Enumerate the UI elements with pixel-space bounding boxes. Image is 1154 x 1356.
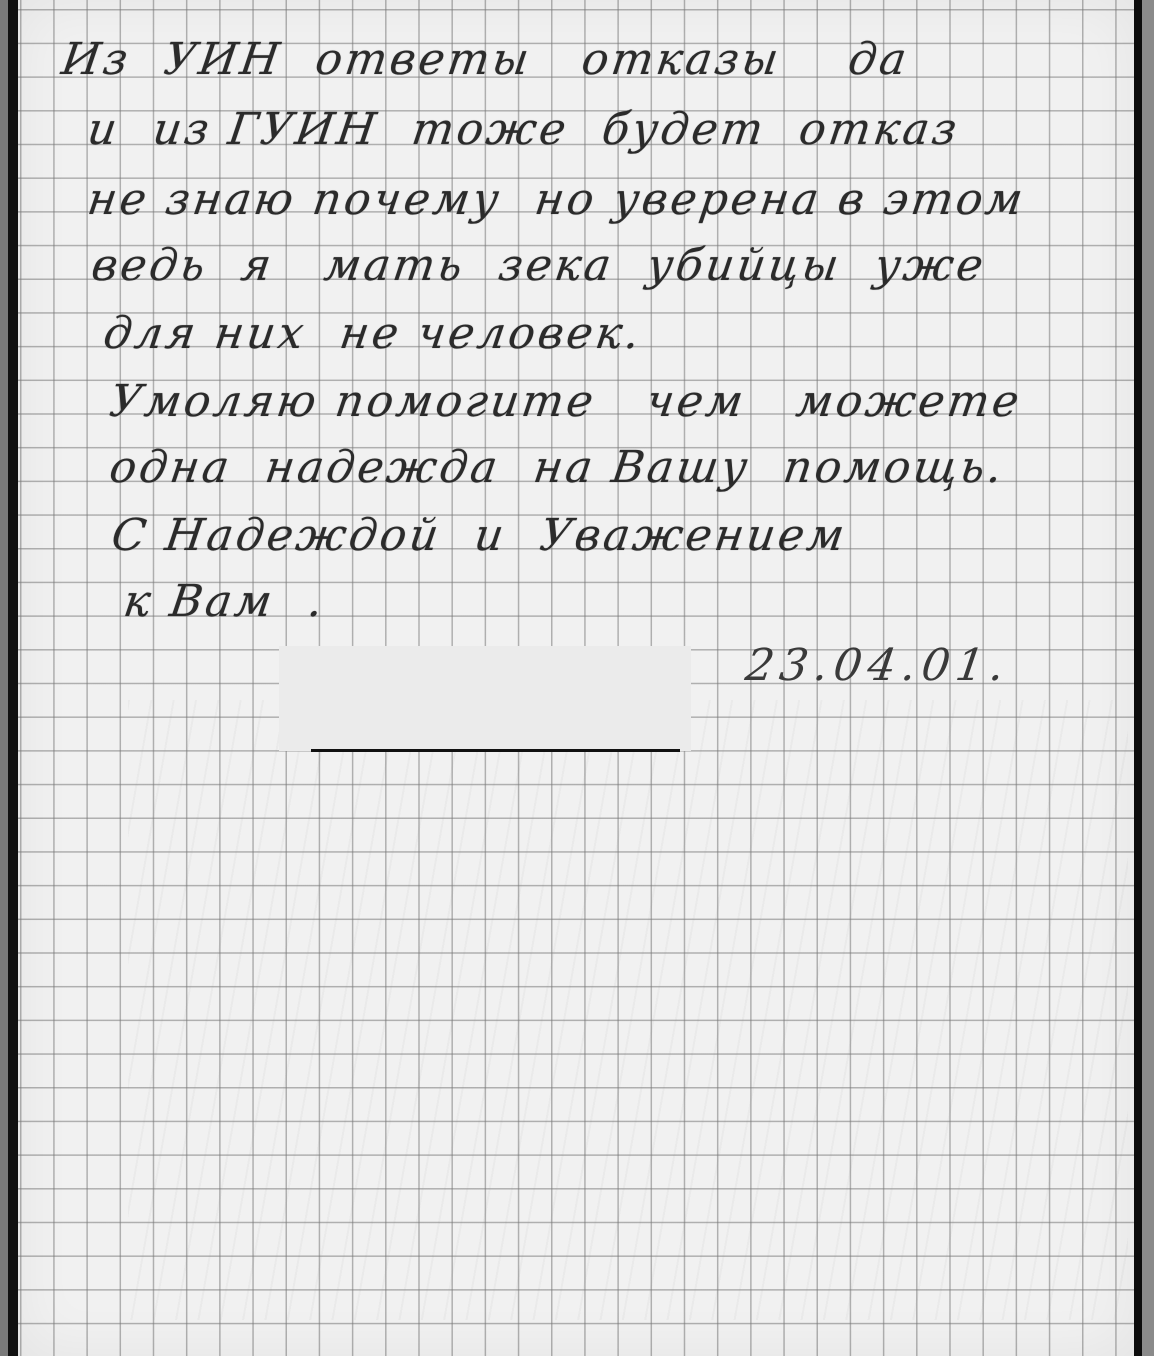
letter-line-7: одна надежда на Вашу помощь. — [107, 446, 1008, 490]
letter-line-4: ведь я мать зека убийцы уже — [89, 244, 989, 288]
letter-date: 23.04.01. — [742, 640, 1013, 691]
bleed-through-texture — [128, 700, 1128, 1320]
signature-line — [311, 749, 680, 752]
letter-line-3: не знаю почему но уверена в этом — [85, 178, 1028, 222]
letter-line-9: к Вам . — [121, 580, 328, 624]
letter-line-8: С Надеждой и Уважением — [109, 514, 850, 558]
letter-line-1: Из УИН ответы отказы да — [59, 38, 912, 82]
scan-edge-right — [1142, 0, 1154, 1356]
letter-line-6: Умоляю помогите чем можете — [107, 380, 1025, 424]
signature-redaction-box — [279, 646, 691, 751]
scan-border-right — [1134, 0, 1142, 1356]
letter-line-5: для них не человек. — [101, 312, 645, 356]
scan-edge-left — [0, 0, 8, 1356]
letter-line-2: и из ГУИН тоже будет отказ — [85, 108, 962, 152]
scan-border-left — [8, 0, 18, 1356]
